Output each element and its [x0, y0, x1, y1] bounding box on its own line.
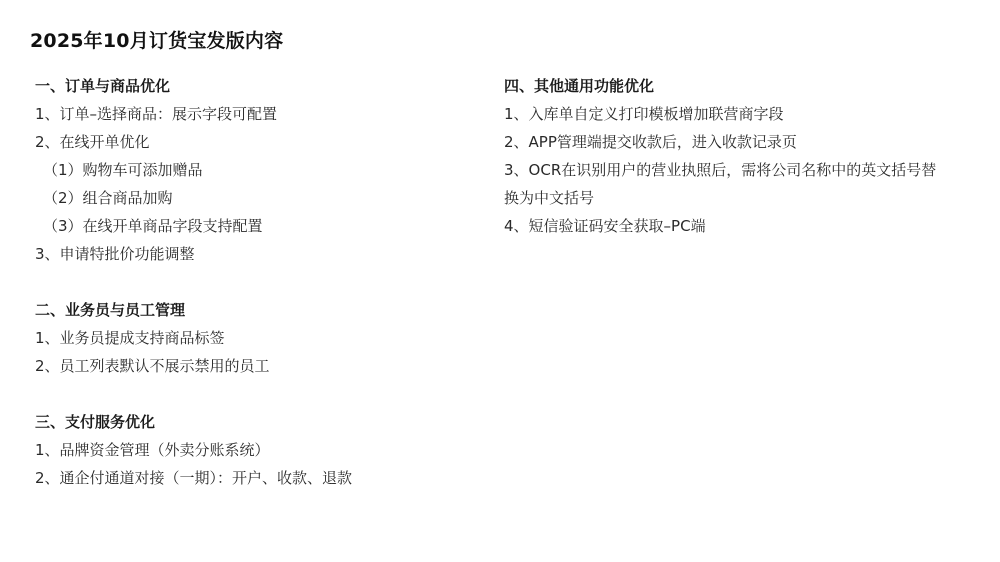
list-item: 1、订单–选择商品：展示字段可配置 [35, 100, 475, 128]
section-title: 三、支付服务优化 [35, 408, 475, 436]
section-sales-staff: 二、业务员与员工管理 1、业务员提成支持商品标签 2、员工列表默认不展示禁用的员… [35, 296, 475, 380]
list-item: 1、业务员提成支持商品标签 [35, 324, 475, 352]
list-subitem: （2）组合商品加购 [35, 184, 475, 212]
section-title: 一、订单与商品优化 [35, 72, 475, 100]
list-item: 2、在线开单优化 [35, 128, 475, 156]
list-item: 4、短信验证码安全获取–PC端 [504, 212, 944, 240]
list-item: 3、OCR在识别用户的营业执照后，需将公司名称中的英文括号替换为中文括号 [504, 156, 944, 212]
left-column: 一、订单与商品优化 1、订单–选择商品：展示字段可配置 2、在线开单优化 （1）… [35, 72, 475, 520]
page-title: 2025年10月订货宝发版内容 [30, 26, 283, 53]
list-item: 2、APP管理端提交收款后，进入收款记录页 [504, 128, 944, 156]
list-subitem: （3）在线开单商品字段支持配置 [35, 212, 475, 240]
list-item: 1、入库单自定义打印模板增加联营商字段 [504, 100, 944, 128]
section-title: 四、其他通用功能优化 [504, 72, 944, 100]
right-column: 四、其他通用功能优化 1、入库单自定义打印模板增加联营商字段 2、APP管理端提… [504, 72, 944, 268]
section-title: 二、业务员与员工管理 [35, 296, 475, 324]
list-item: 2、员工列表默认不展示禁用的员工 [35, 352, 475, 380]
list-item: 3、申请特批价功能调整 [35, 240, 475, 268]
list-item: 1、品牌资金管理（外卖分账系统） [35, 436, 475, 464]
list-subitem: （1）购物车可添加赠品 [35, 156, 475, 184]
section-orders-products: 一、订单与商品优化 1、订单–选择商品：展示字段可配置 2、在线开单优化 （1）… [35, 72, 475, 268]
list-item: 2、通企付通道对接（一期）：开户、收款、退款 [35, 464, 475, 492]
section-general: 四、其他通用功能优化 1、入库单自定义打印模板增加联营商字段 2、APP管理端提… [504, 72, 944, 240]
section-payment: 三、支付服务优化 1、品牌资金管理（外卖分账系统） 2、通企付通道对接（一期）：… [35, 408, 475, 492]
